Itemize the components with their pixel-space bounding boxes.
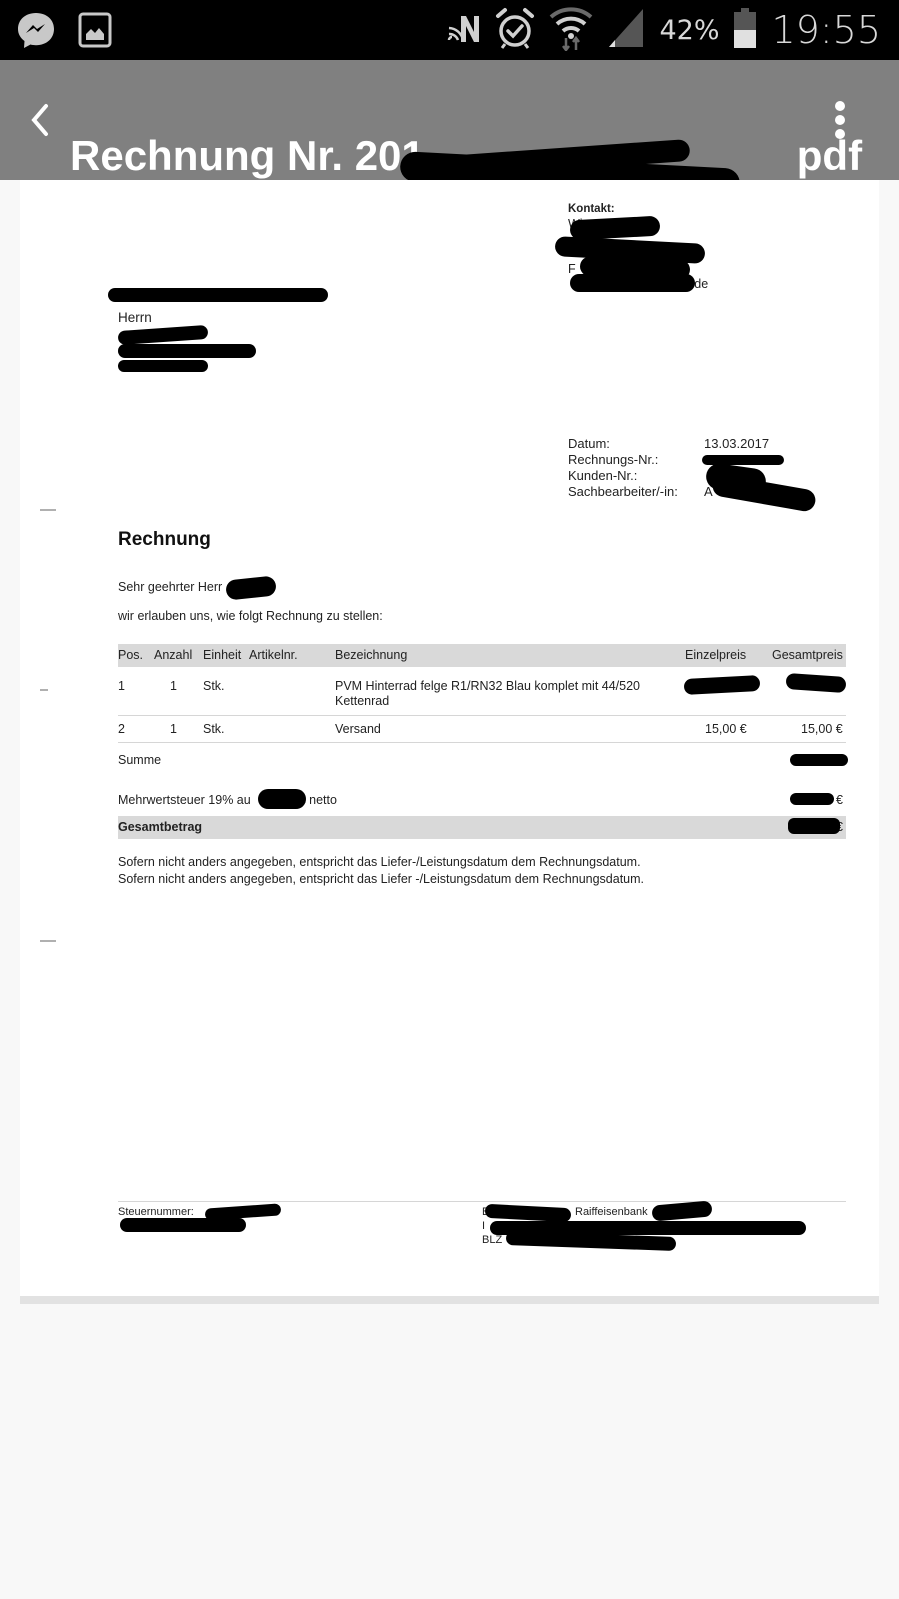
row1-desc: PVM Hinterrad felge R1/RN32 Blau komplet… <box>335 679 640 694</box>
invoice-heading: Rechnung <box>118 529 211 551</box>
vat-label-prefix: Mehrwertsteuer 19% au <box>118 793 251 807</box>
col-qty: Anzahl <box>154 648 192 662</box>
row2-pos: 2 <box>118 722 125 737</box>
meta-label-date: Datum: <box>568 436 610 451</box>
row2-unit-price: 15,00 € <box>705 722 747 737</box>
gesamt-label: Gesamtbetrag <box>118 820 202 835</box>
gallery-icon <box>78 12 112 53</box>
more-vert-icon[interactable] <box>830 98 850 142</box>
signal-icon <box>607 7 645 54</box>
row1-qty: 1 <box>170 679 177 694</box>
alarm-icon <box>495 6 535 55</box>
row1-unit: Stk. <box>203 679 225 694</box>
footer-blz-label: BLZ <box>482 1233 502 1248</box>
col-description: Bezeichnung <box>335 648 407 662</box>
title-prefix: Rechnung Nr. 201 <box>70 132 425 179</box>
meta-label-customer-no: Kunden-Nr.: <box>568 468 637 483</box>
footer-iban-initial: I <box>482 1219 485 1234</box>
row1-pos: 1 <box>118 679 125 694</box>
note-line: Sofern nicht anders angegeben, entsprich… <box>118 855 641 870</box>
row1-desc-cont: Kettenrad <box>335 694 389 709</box>
clock: 19:55 <box>771 8 881 52</box>
redaction-mark <box>118 360 208 372</box>
col-unit: Einheit <box>203 648 241 662</box>
col-unit-price: Einzelpreis <box>685 648 746 662</box>
row-divider <box>118 715 846 716</box>
fold-mark <box>40 509 56 511</box>
redaction-mark <box>120 1218 246 1232</box>
page-edge <box>20 1296 879 1304</box>
col-article: Artikelnr. <box>249 648 298 662</box>
chevron-left-icon[interactable] <box>22 98 62 142</box>
battery-percent: 42% <box>659 15 719 46</box>
recipient-salutation: Herrn <box>118 310 152 325</box>
battery-icon <box>733 8 757 53</box>
col-pos: Pos. <box>118 648 143 662</box>
row2-desc: Versand <box>335 722 381 737</box>
row2-total: 15,00 € <box>801 722 843 737</box>
row2-qty: 1 <box>170 722 177 737</box>
footer-bank-name: Raiffeisenbank <box>575 1205 648 1220</box>
total-row <box>118 816 846 839</box>
table-header: Pos. Anzahl Einheit Artikelnr. Bezeichnu… <box>118 644 846 667</box>
footer-divider <box>118 1201 846 1202</box>
wifi-icon <box>549 5 593 56</box>
punch-mark <box>40 689 48 691</box>
col-total-price: Gesamtpreis <box>772 648 843 662</box>
app-bar: Rechnung Nr. 201pdf <box>0 60 899 180</box>
row-divider <box>118 742 846 743</box>
redaction-mark <box>788 818 840 834</box>
redaction-mark <box>118 344 256 358</box>
fold-mark <box>40 940 56 942</box>
messenger-icon <box>16 10 56 55</box>
status-bar: 42% 19:55 <box>0 0 899 60</box>
redaction-mark <box>570 274 695 292</box>
redaction-mark <box>790 793 834 805</box>
meta-label-invoice-no: Rechnungs-Nr.: <box>568 452 658 467</box>
note-line: Sofern nicht anders angegeben, entsprich… <box>118 872 644 887</box>
greeting: Sehr geehrter Herr <box>118 580 222 595</box>
redaction-mark <box>790 754 848 766</box>
redaction-mark <box>108 288 328 302</box>
intro-text: wir erlauben uns, wie folgt Rechnung zu … <box>118 609 383 624</box>
meta-date-value: 13.03.2017 <box>704 436 769 451</box>
nfc-icon <box>447 12 481 49</box>
invoice-table: Pos. Anzahl Einheit Artikelnr. Bezeichnu… <box>118 644 846 667</box>
row2-unit: Stk. <box>203 722 225 737</box>
contact-label: Kontakt: <box>568 202 615 217</box>
summe-label: Summe <box>118 753 161 768</box>
redaction-mark <box>258 789 306 809</box>
vat-currency: € <box>836 793 843 808</box>
meta-label-clerk: Sachbearbeiter/-in: <box>568 484 678 499</box>
